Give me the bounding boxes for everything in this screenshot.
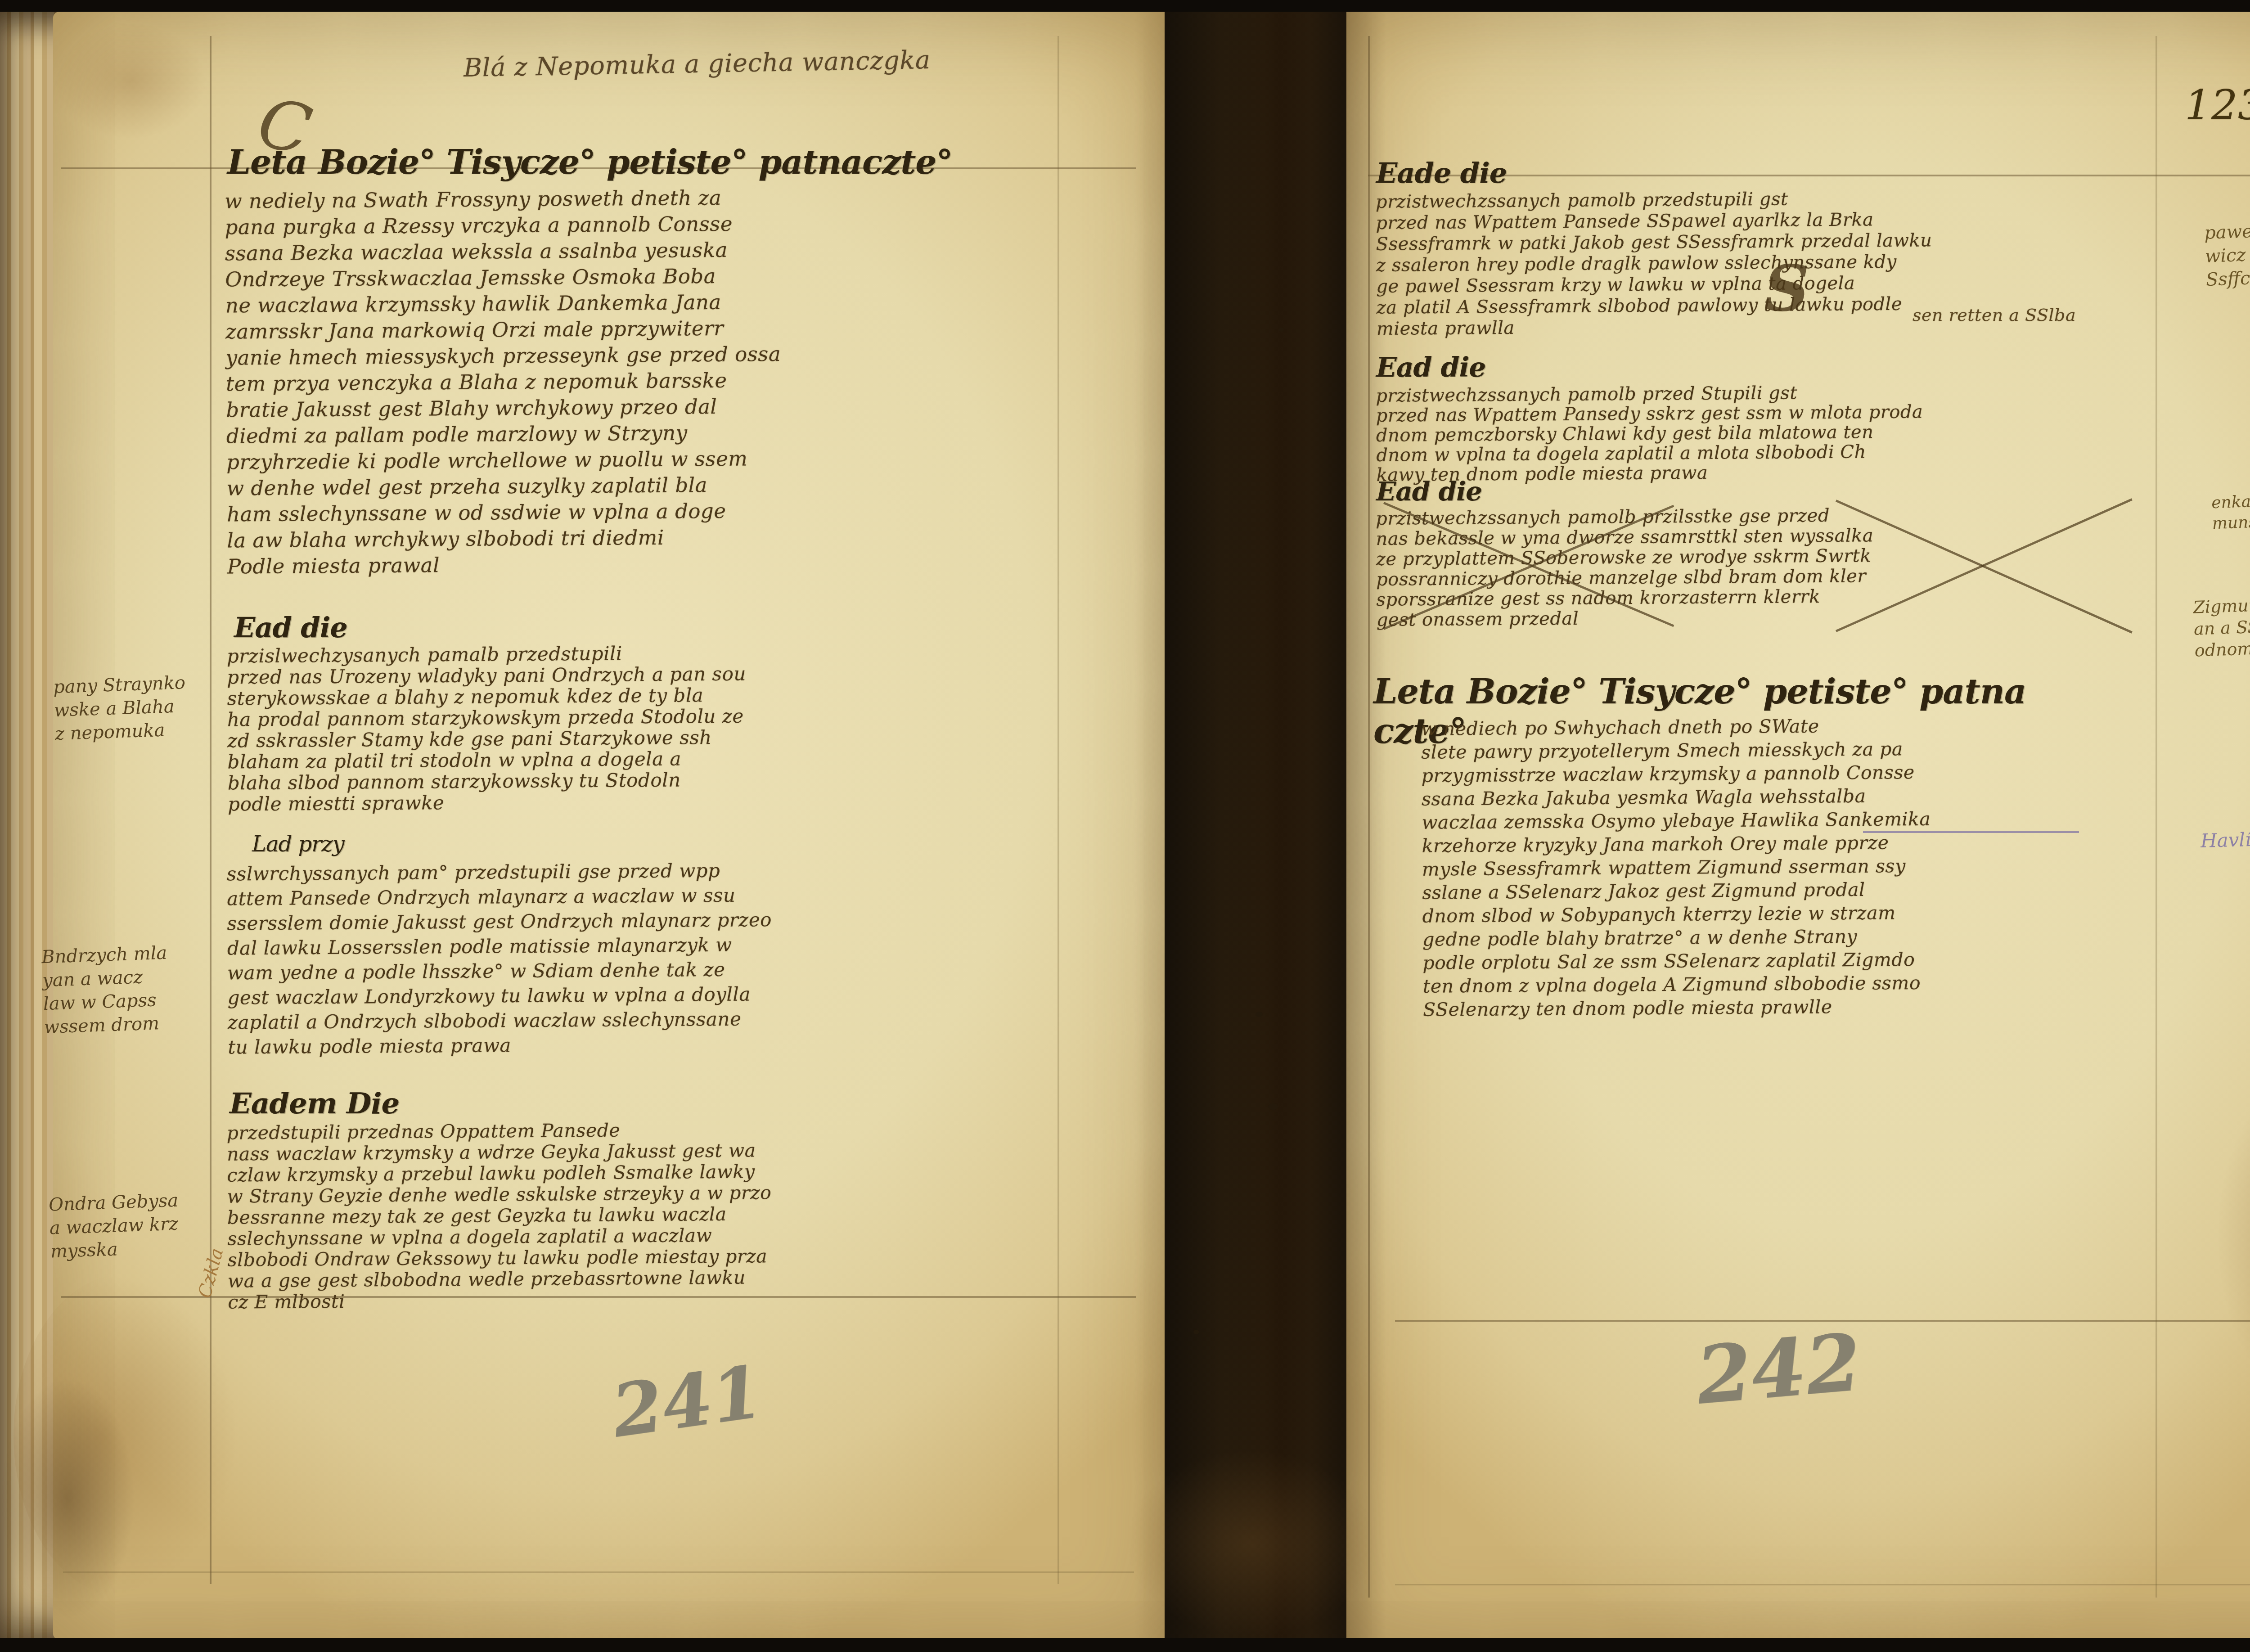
entry-body: przedstupili przednas Oppattem Pansede n…	[227, 1116, 1083, 1313]
entry-heading: Ead die	[1376, 352, 1485, 383]
entry-heading: Eadem Die	[229, 1087, 399, 1121]
photo-border-top	[0, 0, 2250, 12]
entry-body: w nediech po Swhychach dneth po SWate sl…	[1421, 712, 2161, 1021]
entry-body: przislwechzysanych pamalb przedstupili p…	[227, 639, 1074, 815]
entry-side-note: sen retten a SSlba	[1912, 305, 2076, 325]
folio-number: 123	[2185, 81, 2250, 129]
entry-heading: Leta Bozie° Tisycze° petiste° patna	[1373, 671, 2026, 711]
margin-note: enkassle w munsselbrisstu	[2211, 486, 2250, 535]
entry-heading: Leta Bozie° Tisycze° petiste° patnaczte°	[227, 143, 952, 182]
ink-speck	[1255, 1012, 1263, 1017]
book-gutter	[1134, 0, 1386, 1652]
ink-speck	[1268, 1103, 1278, 1110]
entry-heading: Ead die	[234, 611, 347, 644]
entry-body: w nediely na Swath Frossyny posweth dnet…	[225, 182, 1073, 580]
entry-body: przistwechzssanych pamolb przilsstke gse…	[1376, 504, 2142, 630]
margin-note: Ondra Gebysa a waczlaw krz mysska	[48, 1187, 221, 1263]
ink-speck	[1193, 1330, 1199, 1334]
frame-rule-left-vertical-1	[210, 36, 211, 1584]
entry-body: sslwrchyssanych pam° przedstupili gse pr…	[226, 855, 1078, 1059]
margin-note: Zigmund offerm an a SSelenarz odnom	[2193, 590, 2250, 661]
margin-note: pawel yarko wicz a Oncza Ssffcamek	[2204, 215, 2250, 292]
paragraph-flourish: S	[1764, 252, 1809, 326]
ink-speck	[1279, 328, 1284, 332]
manuscript-photo: Blá z Nepomuka a giecha wanczgka 123 C L…	[0, 0, 2250, 1652]
frame-rule-right-vertical-1	[1368, 36, 1370, 1598]
margin-note: Bndrzych mla yan a wacz law w Capss wsse…	[41, 940, 206, 1039]
photo-border-bottom	[0, 1638, 2250, 1652]
frame-rule-left-footer	[63, 1571, 1134, 1573]
entry-heading: Eade die	[1376, 157, 1507, 189]
pencil-page-number-right: 242	[1693, 1316, 1865, 1422]
entry-heading: Ead die	[1376, 476, 1482, 507]
entry-body: przistwechzssanych pamolb przed Stupili …	[1376, 381, 2141, 485]
entry-heading: Lad przy	[252, 832, 344, 857]
purple-underline	[1863, 831, 2079, 833]
margin-note: pany Straynko wske a Blaha z nepomuka	[53, 670, 217, 746]
frame-rule-right-footer	[1395, 1584, 2250, 1585]
